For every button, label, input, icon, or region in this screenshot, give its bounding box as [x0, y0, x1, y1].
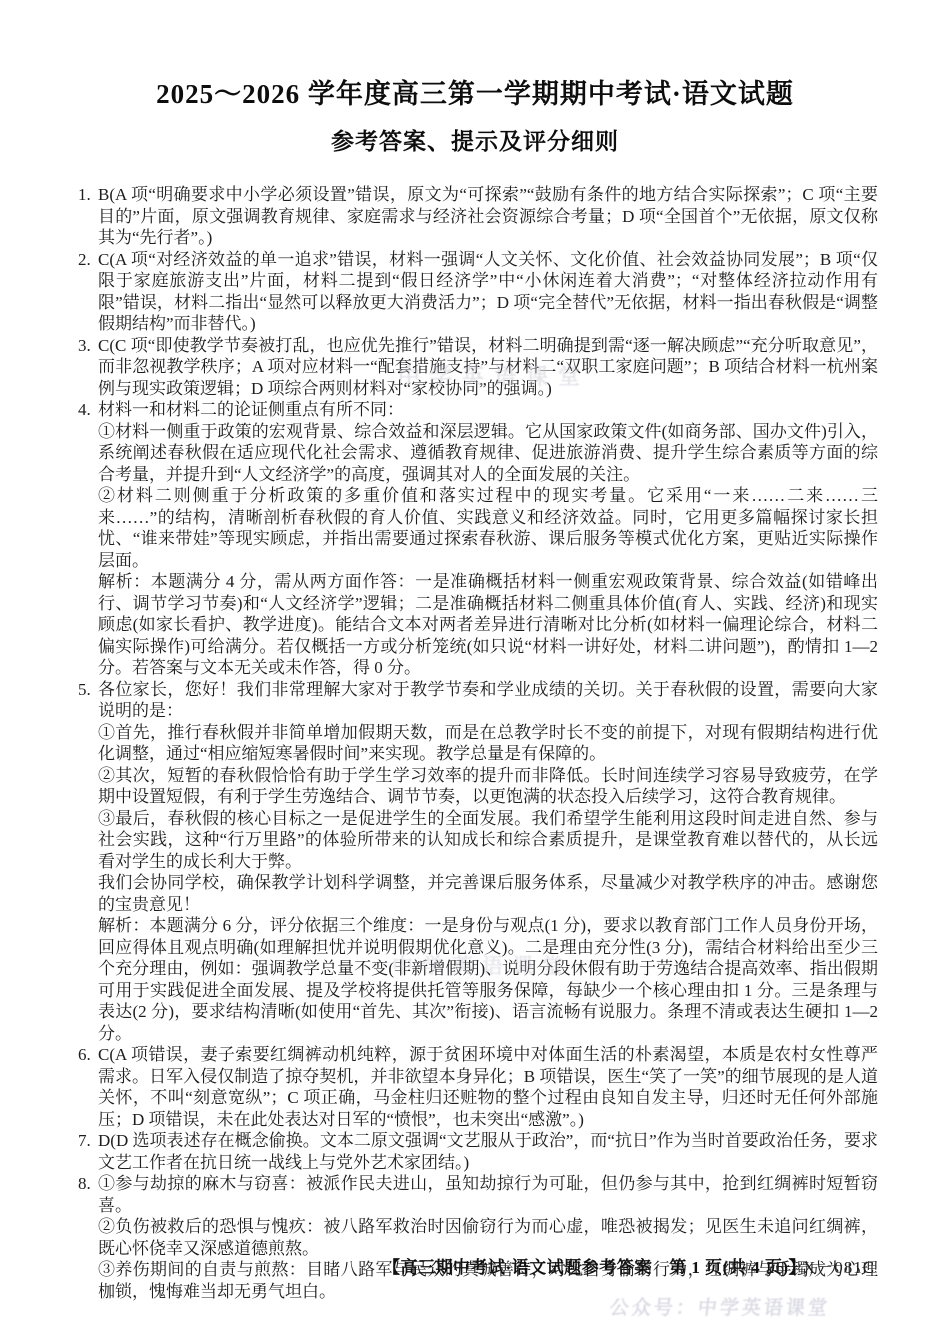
footer-caption: 【高三期中考试·语文试题参考答案 第 1 页(共 4 页)】 — [383, 1253, 806, 1278]
page-subtitle: 参考答案、提示及评分细则 — [0, 123, 950, 156]
item-paragraph: 解析：本题满分 4 分，需从两方面作答：一是准确概括材料一侧重宏观政策背景、综合… — [98, 571, 878, 679]
item-paragraph: ②材料二则侧重于分析政策的多重价值和落实过程中的现实考量。它采用“一来……二来…… — [98, 485, 878, 571]
item-paragraph: ①首先，推行春秋假并非简单增加假期天数，而是在总教学时长不变的前提下，对现有假期… — [98, 722, 878, 765]
item-number: 3. — [78, 335, 91, 357]
item-paragraph: C(C 项“即使教学节奏被打乱，也应优先推行”错误，材料二明确提到需“逐一解决顾… — [98, 335, 878, 400]
item-paragraph: 解析：本题满分 6 分，评分依据三个维度：一是身份与观点(1 分)，要求以教育部… — [98, 915, 878, 1044]
item-paragraph: B(A 项“明确要求中小学必须设置”错误，原文为“可探索”“鼓励有条件的地方结合… — [98, 184, 878, 249]
item-paragraph: ①材料一侧重于政策的宏观背景、综合效益和深层逻辑。它从国家政策文件(如商务部、国… — [98, 421, 878, 486]
item-paragraph: ③最后，春秋假的核心目标之一是促进学生的全面发展。我们希望学生能利用这段时间走进… — [98, 808, 878, 873]
item-number: 4. — [78, 399, 91, 421]
item-number: 1. — [78, 184, 91, 206]
answer-item-7: 7.D(D 选项表述存在概念偷换。文本二原文强调“文艺服从于政治”，而“抗日”作… — [78, 1130, 878, 1173]
answer-item-4: 4.材料一和材料二的论证侧重点有所不同：①材料一侧重于政策的宏观背景、综合效益和… — [78, 399, 878, 679]
item-paragraph: 材料一和材料二的论证侧重点有所不同： — [98, 399, 878, 421]
item-paragraph: 各位家长，您好！我们非常理解大家对于教学节奏和学业成绩的关切。关于春秋假的设置，… — [98, 679, 878, 722]
page-footer: 【高三期中考试·语文试题参考答案 第 1 页(共 4 页)】 26－X－081C — [0, 1253, 950, 1277]
paper-code: 26－X－081C — [766, 1253, 875, 1278]
item-number: 5. — [78, 679, 91, 701]
scanned-answer-sheet-page: 2025～2026 学年度高三第一学期期中考试·语文试题 参考答案、提示及评分细… — [0, 0, 950, 1344]
item-number: 6. — [78, 1044, 91, 1066]
answer-item-1: 1.B(A 项“明确要求中小学必须设置”错误，原文为“可探索”“鼓励有条件的地方… — [78, 184, 878, 249]
item-paragraph: D(D 选项表述存在概念偷换。文本二原文强调“文艺服从于政治”，而“抗日”作为当… — [98, 1130, 878, 1173]
page-title: 2025～2026 学年度高三第一学期期中考试·语文试题 — [0, 72, 950, 111]
answer-item-2: 2.C(A 项“对经济效益的单一追求”错误，材料一强调“人文关怀、文化价值、社会… — [78, 249, 878, 335]
answer-item-3: 3.C(C 项“即使教学节奏被打乱，也应优先推行”错误，材料二明确提到需“逐一解… — [78, 335, 878, 400]
item-number: 8. — [78, 1173, 91, 1195]
item-number: 2. — [78, 249, 91, 271]
item-paragraph: ②其次，短暂的春秋假恰恰有助于学生学习效率的提升而非降低。长时间连续学习容易导致… — [98, 765, 878, 808]
page-header: 2025～2026 学年度高三第一学期期中考试·语文试题 参考答案、提示及评分细… — [0, 72, 950, 156]
item-number: 7. — [78, 1130, 91, 1152]
answer-item-6: 6.C(A 项错误，妻子索要红绸裤动机纯粹，源于贫困环境中对体面生活的朴素渴望，… — [78, 1044, 878, 1130]
answer-list: 1.B(A 项“明确要求中小学必须设置”错误，原文为“可探索”“鼓励有条件的地方… — [78, 184, 878, 1302]
item-paragraph: C(A 项“对经济效益的单一追求”错误，材料一强调“人文关怀、文化价值、社会效益… — [98, 249, 878, 335]
item-paragraph: 我们会协同学校，确保教学计划科学调整，并完善课后服务体系，尽量减少对教学秩序的冲… — [98, 872, 878, 915]
answer-item-8: 8.①参与劫掠的麻木与窃喜：被派作民夫进山，虽知劫掠行为可耻，但仍参与其中，抢到… — [78, 1173, 878, 1302]
answer-item-5: 5.各位家长，您好！我们非常理解大家对于教学节奏和学业成绩的关切。关于春秋假的设… — [78, 679, 878, 1045]
item-paragraph: ①参与劫掠的麻木与窃喜：被派作民夫进山，虽知劫掠行为可耻，但仍参与其中，抢到红绸… — [98, 1173, 878, 1216]
item-paragraph: C(A 项错误，妻子索要红绸裤动机纯粹，源于贫困环境中对体面生活的朴素渴望，本质… — [98, 1044, 878, 1130]
